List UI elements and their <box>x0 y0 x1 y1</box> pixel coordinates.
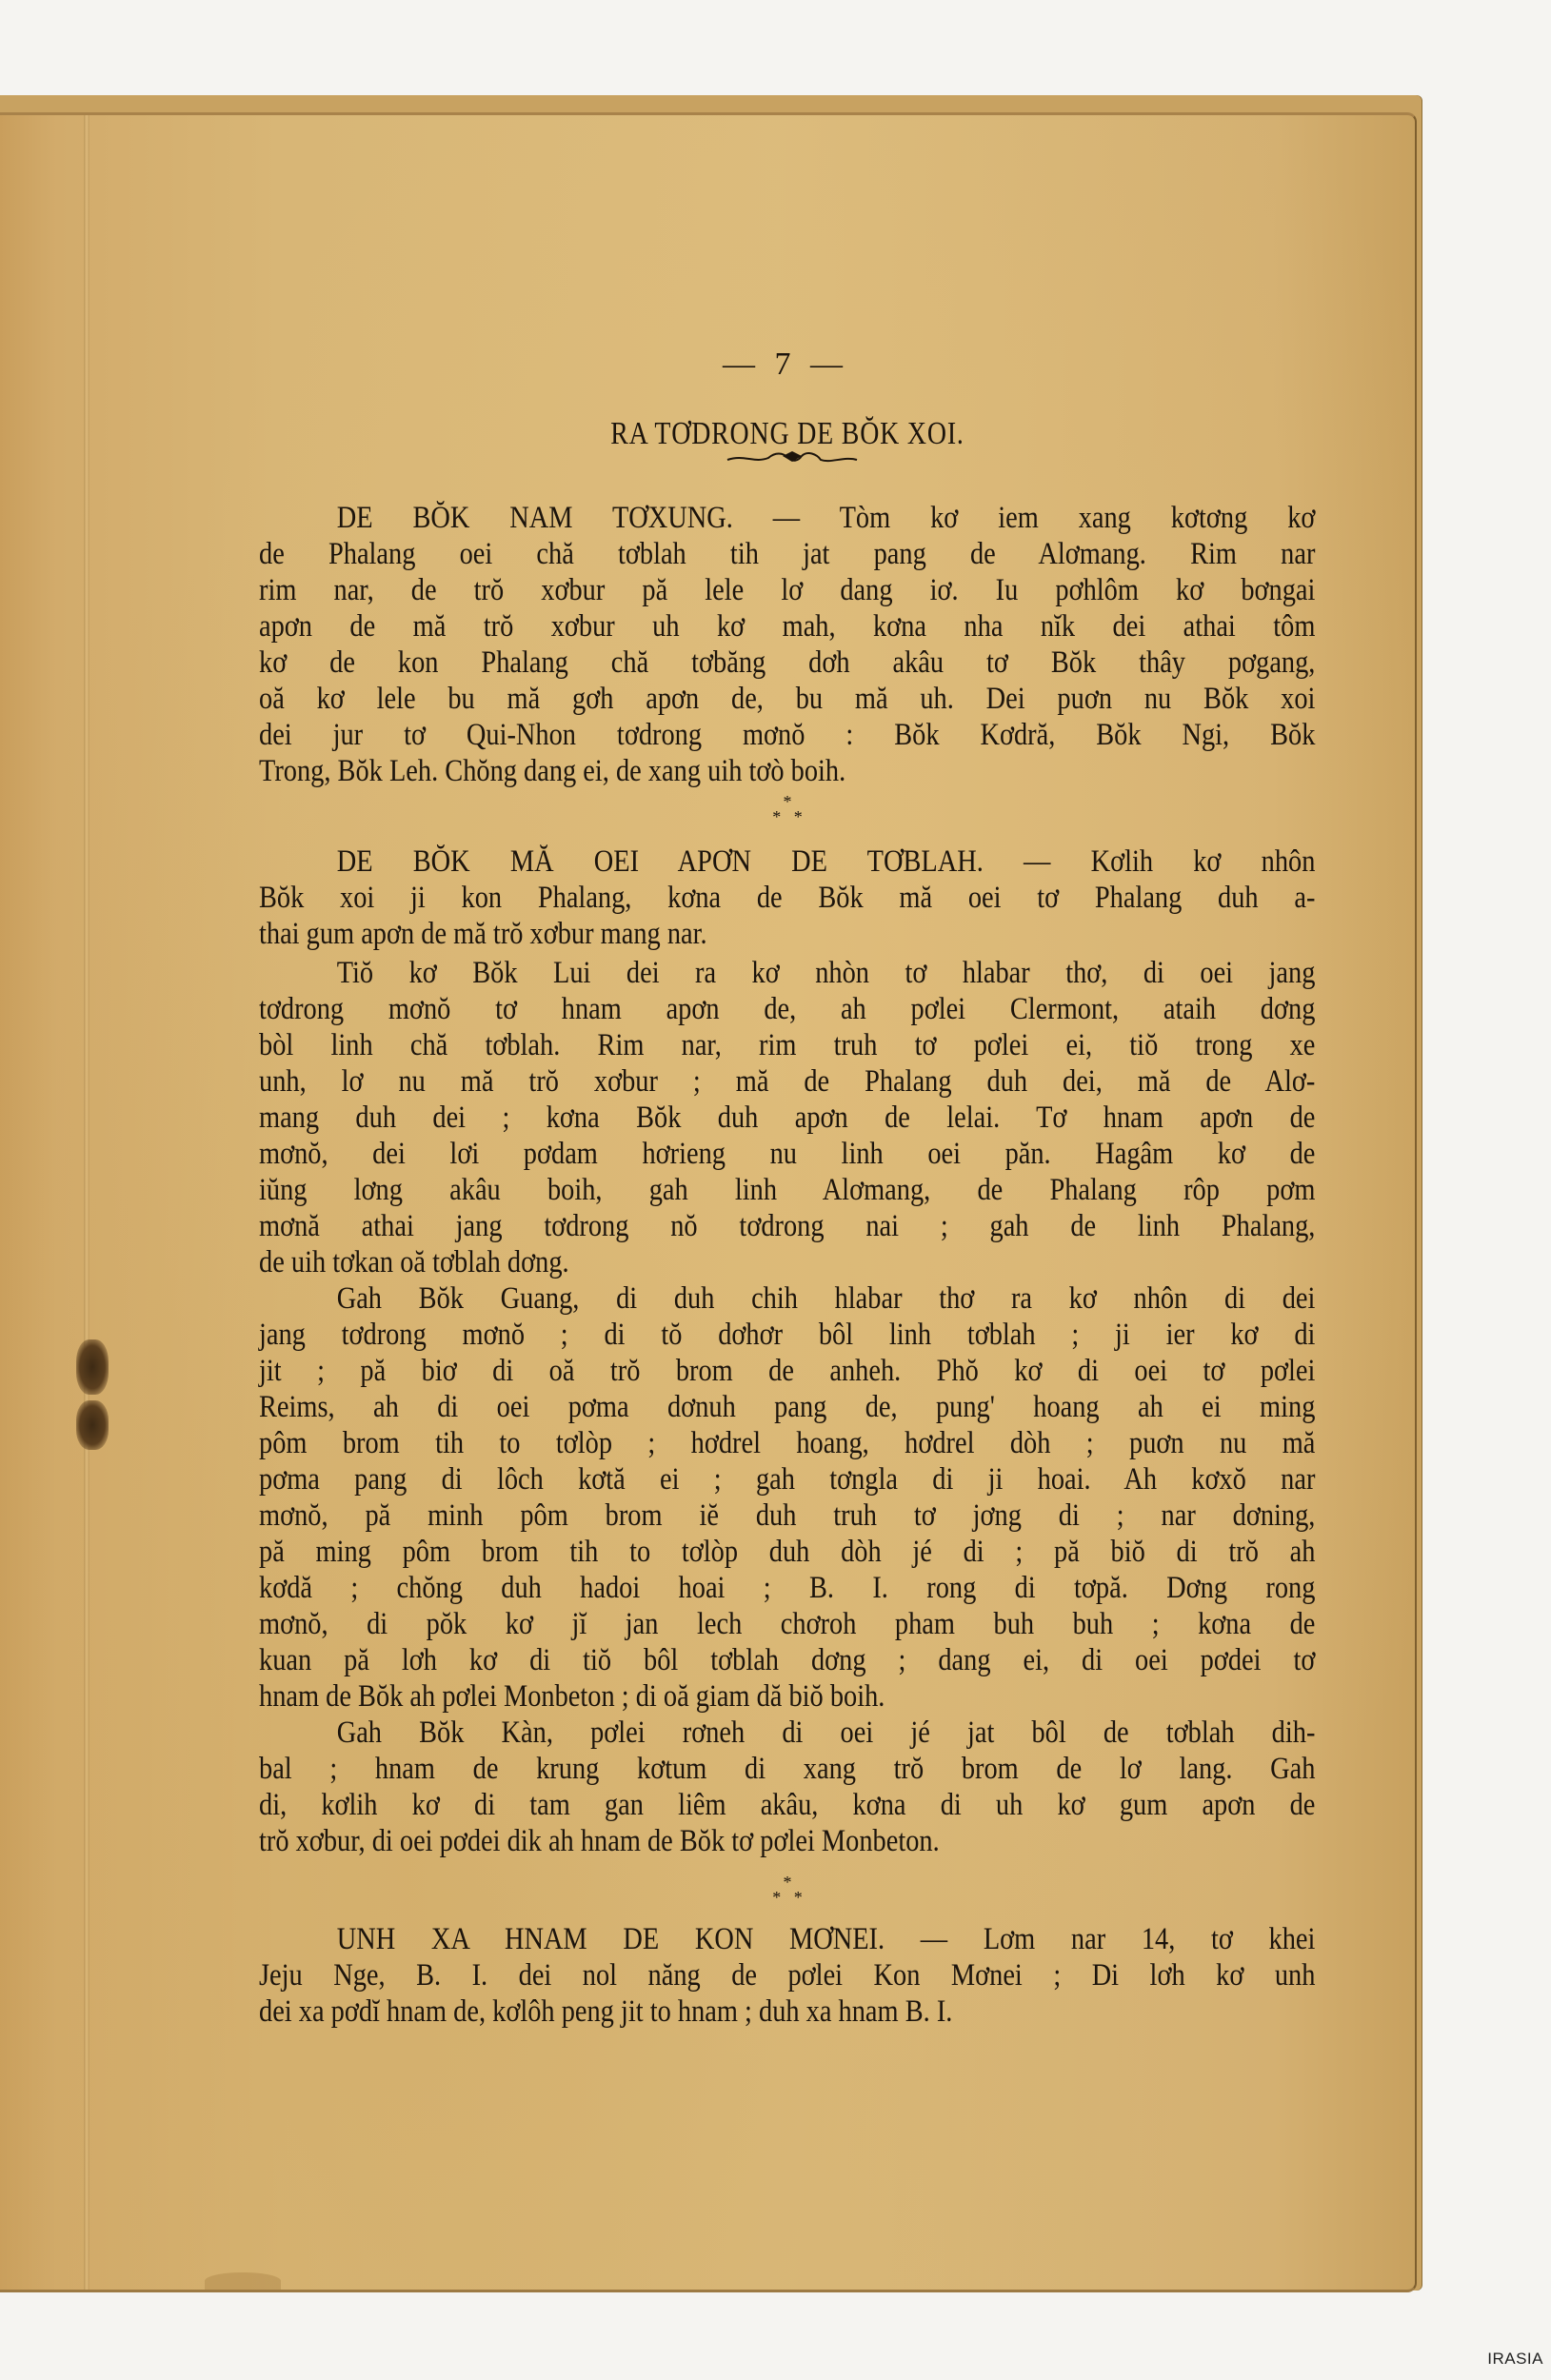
asterism-divider: * * * <box>259 794 1316 824</box>
text-line: Reims, ah di oei pơma dơnuh pang de, pun… <box>259 1389 1315 1425</box>
text-line: pôm brom tih to tơlòp ; hơdrel hoang, hơ… <box>259 1425 1315 1461</box>
text-line: mơnŏ, di pŏk kơ jĭ jan lech chơroh pham … <box>259 1606 1315 1642</box>
text-line: apơn de mă trŏ xơbur uh kơ mah, kơna nha… <box>259 608 1315 645</box>
text-line: Bŏk xoi ji kon Phalang, kơna de Bŏk mă o… <box>259 880 1315 916</box>
text-line: de Phalang oei chă tơblah tih jat pang d… <box>259 536 1315 572</box>
text-line: oă kơ lele bu mă gơh apơn de, bu mă uh. … <box>259 681 1315 717</box>
text-line: di, kơlih kơ di tam gan liêm akâu, kơna … <box>259 1787 1315 1823</box>
text-line: kơdă ; chŏng duh hadoi hoai ; B. I. rong… <box>259 1570 1315 1606</box>
binding-stitch <box>76 1339 109 1395</box>
text-line: iŭng lơng akâu boih, gah linh Alơmang, d… <box>259 1172 1315 1208</box>
text-line: mơnă athai jang tơdrong nŏ tơdrong nai ;… <box>259 1208 1315 1244</box>
text-line: bòl linh chă tơblah. Rim nar, rim truh t… <box>259 1027 1315 1063</box>
section-2-paragraph-3: Gah Bŏk Kàn, pơlei rơneh di oei jé jat b… <box>259 1715 1315 1859</box>
page-title: RA TƠDRONG DE BŎK XOI. <box>354 416 1221 452</box>
binding-stitch <box>76 1400 109 1450</box>
text-line: jit ; pă biơ di oă trŏ brom de anheh. Ph… <box>259 1353 1315 1389</box>
text-line: Gah Bŏk Kàn, pơlei rơneh di oei jé jat b… <box>259 1715 1315 1751</box>
text-line: pơma pang di lôch kơtă ei ; gah tơngla d… <box>259 1461 1315 1497</box>
section-2-paragraph-2: Gah Bŏk Guang, di duh chih hlabar thơ ra… <box>259 1280 1315 1715</box>
text-line: pă ming pôm brom tih to tơlòp duh dòh jé… <box>259 1534 1315 1570</box>
text-line: mơnŏ, dei lơi pơdam hơrieng nu linh oei … <box>259 1136 1315 1172</box>
text-line: hnam de Bŏk ah pơlei Monbeton ; di oă gi… <box>259 1678 1315 1715</box>
text-line: de uih tơkan oă tơblah dơng. <box>259 1244 1315 1280</box>
text-line: mang duh dei ; kơna Bŏk duh apơn de lela… <box>259 1100 1315 1136</box>
text-line: kơ de kon Phalang chă tơbăng dơh akâu tơ… <box>259 645 1315 681</box>
asterism-divider: * * * <box>259 1874 1316 1905</box>
section-1-paragraph: DE BŎK NAM TƠXUNG. — Tòm kơ iem xang kơt… <box>259 500 1315 789</box>
text-line: tơdrong mơnŏ tơ hnam apơn de, ah pơlei C… <box>259 991 1315 1027</box>
text-line: DE BŎK NAM TƠXUNG. — Tòm kơ iem xang kơt… <box>259 500 1315 536</box>
text-line: kuan pă lơh kơ di tiŏ bôl tơblah dơng ; … <box>259 1642 1315 1678</box>
section-2-paragraph-1: Tiŏ kơ Bŏk Lui dei ra kơ nhòn tơ hlabar … <box>259 955 1315 1280</box>
archive-watermark: IRASIA <box>1487 2350 1543 2369</box>
document-page: — 7 — RA TƠDRONG DE BŎK XOI. DE BŎK NAM … <box>0 112 1417 2292</box>
text-line: DE BŎK MĂ OEI APƠN DE TƠBLAH. — Kơlih kơ… <box>259 843 1315 880</box>
fleuron-ornament-icon <box>726 448 859 467</box>
text-line: jang tơdrong mơnŏ ; di tŏ dơhơr bôl linh… <box>259 1317 1315 1353</box>
text-line: dei jur tơ Qui-Nhon tơdrong mơnŏ : Bŏk K… <box>259 717 1315 753</box>
text-line: mơnŏ, pă minh pôm brom iĕ duh truh tơ jơ… <box>259 1497 1315 1534</box>
binding-fold <box>84 115 89 2290</box>
water-stain <box>205 2272 281 2290</box>
text-line: trŏ xơbur, di oei pơdei dik ah hnam de B… <box>259 1823 1315 1859</box>
text-line: Jeju Nge, B. I. dei nol năng de pơlei Ko… <box>259 1957 1315 1993</box>
text-line: bal ; hnam de krung kơtum di xang trŏ br… <box>259 1751 1315 1787</box>
text-line: unh, lơ nu mă trŏ xơbur ; mă de Phalang … <box>259 1063 1315 1100</box>
text-line: dei xa pơdĭ hnam de, kơlôh peng jit to h… <box>259 1993 1315 2030</box>
page-number: — 7 — <box>647 347 924 383</box>
text-line: Tiŏ kơ Bŏk Lui dei ra kơ nhòn tơ hlabar … <box>259 955 1315 991</box>
text-line: Gah Bŏk Guang, di duh chih hlabar thơ ra… <box>259 1280 1315 1317</box>
text-line: Trong, Bŏk Leh. Chŏng dang ei, de xang u… <box>259 753 1315 789</box>
section-3-paragraph: UNH XA HNAM DE KON MƠNEI. — Lơm nar 14, … <box>259 1921 1315 2030</box>
section-2-intro: DE BŎK MĂ OEI APƠN DE TƠBLAH. — Kơlih kơ… <box>259 843 1315 952</box>
text-line: UNH XA HNAM DE KON MƠNEI. — Lơm nar 14, … <box>259 1921 1315 1957</box>
text-line: rim nar, de trŏ xơbur pă lele lơ dang iơ… <box>259 572 1315 608</box>
text-line: thai gum apơn de mă trŏ xơbur mang nar. <box>259 916 1315 952</box>
